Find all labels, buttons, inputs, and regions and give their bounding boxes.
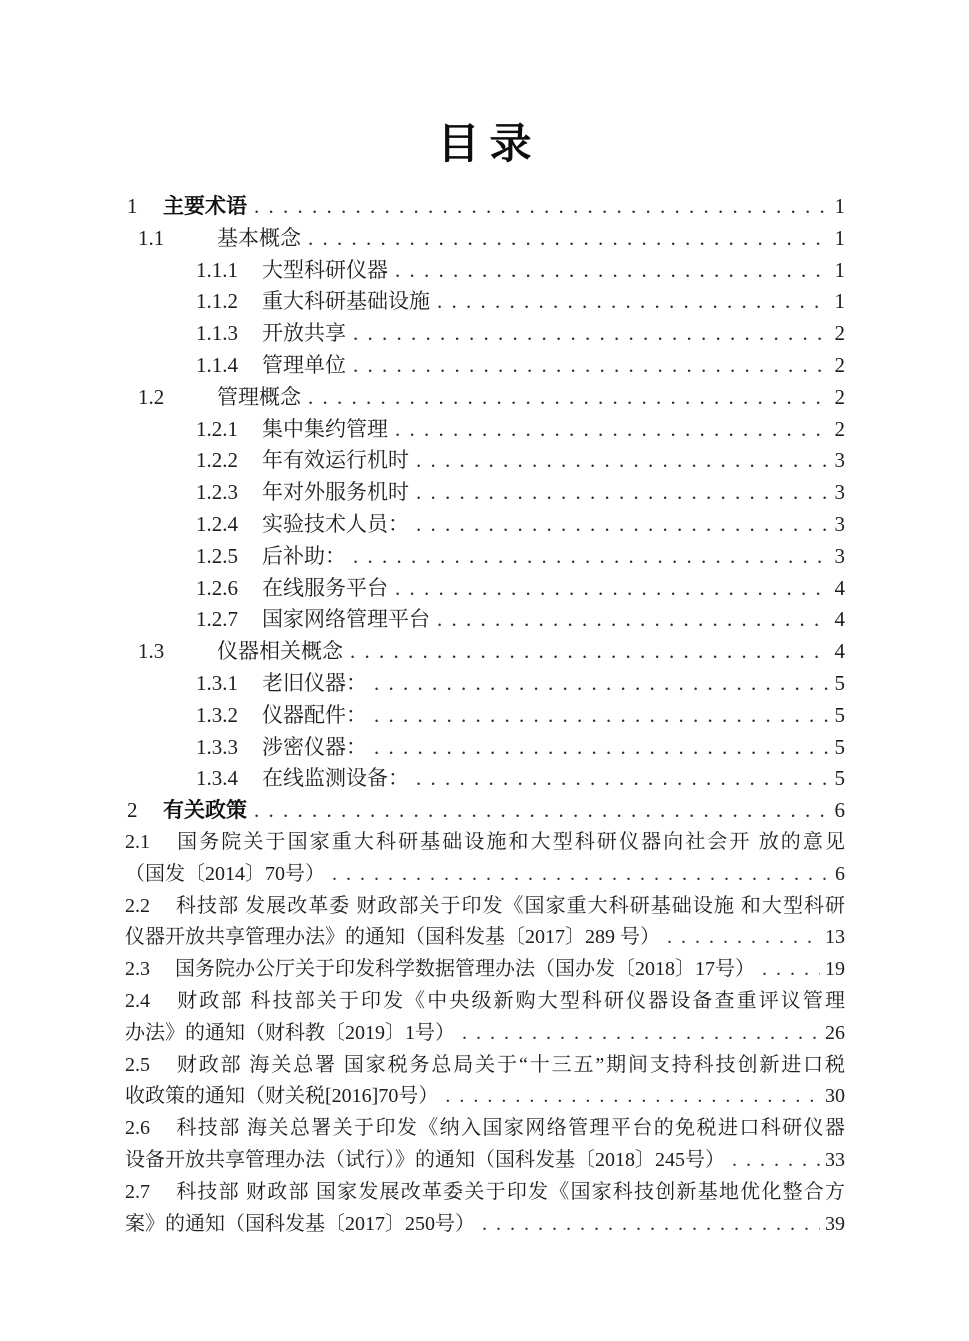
page-number: 2: [833, 318, 845, 350]
toc-entry-1.3[interactable]: 1.3仪器相关概念4: [138, 636, 845, 668]
entry-number: 2.3: [125, 954, 175, 986]
dot-leader: [308, 382, 828, 414]
entry-title: 财政部 科技部关于印发《中央级新购大型科研仪器设备查重评议管理: [175, 990, 845, 1012]
page-number: 4: [833, 573, 845, 605]
page-number: 1: [833, 223, 845, 255]
entry-number: 1.2.7: [196, 604, 262, 636]
page-number: 1: [833, 255, 845, 287]
entry-number: 1.2.1: [196, 414, 262, 446]
entry-number: 2.6: [125, 1113, 175, 1145]
entry-number: 1.3.1: [196, 668, 262, 700]
toc-entry-1.1.1[interactable]: 1.1.1大型科研仪器1: [196, 255, 845, 287]
entry-title: 开放共享: [262, 318, 346, 350]
dot-leader: [437, 604, 828, 636]
entry-title: 涉密仪器：: [262, 732, 367, 764]
entry-title: 仪器相关概念: [217, 636, 343, 668]
entry-number: 2.4: [125, 986, 175, 1018]
toc-entry-1.2.6[interactable]: 1.2.6在线服务平台4: [196, 573, 845, 605]
toc-entry-2.5[interactable]: 2.5财政部 海关总署 国家税务总局关于“十三五”期间支持科技创新进口税: [125, 1050, 845, 1082]
dot-leader: [395, 255, 828, 287]
entry-number: 1.1.4: [196, 350, 262, 382]
dot-leader: [667, 922, 820, 954]
dot-leader: [350, 636, 828, 668]
dot-leader: [416, 445, 828, 477]
dot-leader: [482, 1209, 820, 1241]
page-number: 3: [833, 509, 845, 541]
page-number: 5: [833, 763, 845, 795]
page-number: 4: [833, 636, 845, 668]
entry-title: 有关政策: [163, 795, 247, 827]
entry-title: 仪器开放共享管理办法》的通知（国科发基〔2017〕289 号）: [125, 922, 660, 954]
dot-leader: [416, 763, 828, 795]
page-number: 6: [833, 859, 845, 891]
page-number: 2: [833, 414, 845, 446]
entry-title: 年有效运行机时: [262, 445, 409, 477]
entry-number: 2.7: [125, 1177, 175, 1209]
toc-entry-2.4-cont[interactable]: 办法》的通知（财科教〔2019〕1号）26: [125, 1018, 845, 1050]
page-number: 3: [833, 541, 845, 573]
toc-entry-1.1.2[interactable]: 1.1.2重大科研基础设施1: [196, 286, 845, 318]
toc-entry-1.1[interactable]: 1.1基本概念1: [138, 223, 845, 255]
dot-leader: [353, 350, 828, 382]
page-number: 39: [825, 1209, 845, 1241]
entry-title: 集中集约管理: [262, 414, 388, 446]
page-number: 2: [833, 382, 845, 414]
entry-title: 收政策的通知（财关税[2016]70号）: [125, 1081, 438, 1113]
dot-leader: [416, 477, 828, 509]
doc-title: 目录: [0, 118, 969, 170]
entry-title: （国发〔2014〕70号）: [125, 859, 325, 891]
entry-title: 科技部 海关总署关于印发《纳入国家网络管理平台的免税进口科研仪器: [175, 1117, 845, 1139]
page-number: 19: [825, 954, 845, 986]
toc-entry-2.4[interactable]: 2.4财政部 科技部关于印发《中央级新购大型科研仪器设备查重评议管理: [125, 986, 845, 1018]
toc-entry-2.7-cont[interactable]: 案》的通知（国科发基〔2017〕250号）39: [125, 1209, 845, 1241]
entry-title: 实验技术人员：: [262, 509, 409, 541]
entry-number: 2.1: [125, 827, 175, 859]
dot-leader: [374, 732, 828, 764]
toc-entry-2.1[interactable]: 2.1国务院关于国家重大科研基础设施和大型科研仪器向社会开 放的意见: [125, 827, 845, 859]
toc-entry-1.2.1[interactable]: 1.2.1集中集约管理2: [196, 414, 845, 446]
entry-number: 1.2.6: [196, 573, 262, 605]
dot-leader: [374, 700, 828, 732]
toc-entry-1.1.4[interactable]: 1.1.4管理单位2: [196, 350, 845, 382]
dot-leader: [353, 318, 828, 350]
page-number: 5: [833, 700, 845, 732]
dot-leader: [395, 414, 828, 446]
entry-number: 1: [127, 191, 163, 223]
toc-entry-1.2[interactable]: 1.2管理概念2: [138, 382, 845, 414]
toc-entry-1.1.3[interactable]: 1.1.3开放共享2: [196, 318, 845, 350]
page-number: 3: [833, 477, 845, 509]
toc-entry-2.1-cont[interactable]: （国发〔2014〕70号）6: [125, 859, 845, 891]
entry-title: 国家网络管理平台: [262, 604, 430, 636]
entry-title: 年对外服务机时: [262, 477, 409, 509]
entry-title: 办法》的通知（财科教〔2019〕1号）: [125, 1018, 455, 1050]
toc-entry-1.3.4[interactable]: 1.3.4在线监测设备：5: [196, 763, 845, 795]
toc-entry-2[interactable]: 2有关政策6: [127, 795, 845, 827]
entry-title: 在线服务平台: [262, 573, 388, 605]
page-number: 5: [833, 668, 845, 700]
toc-entry-2.3[interactable]: 2.3国务院办公厅关于印发科学数据管理办法（国办发〔2018〕17号）19: [125, 954, 845, 986]
page-number: 1: [833, 191, 845, 223]
page-number: 6: [833, 795, 845, 827]
toc-entry-1.2.5[interactable]: 1.2.5后补助：3: [196, 541, 845, 573]
toc-entry-1.3.2[interactable]: 1.3.2仪器配件：5: [196, 700, 845, 732]
entry-title: 管理单位: [262, 350, 346, 382]
entry-title: 财政部 海关总署 国家税务总局关于“十三五”期间支持科技创新进口税: [175, 1054, 845, 1076]
entry-number: 1.2.5: [196, 541, 262, 573]
entry-title: 设备开放共享管理办法（试行）》的通知（国科发基〔2018〕245号）: [125, 1145, 725, 1177]
entry-number: 1.3.4: [196, 763, 262, 795]
entry-title: 在线监测设备：: [262, 763, 409, 795]
toc-entry-2.5-cont[interactable]: 收政策的通知（财关税[2016]70号）30: [125, 1081, 845, 1113]
dot-leader: [395, 573, 828, 605]
entry-number: 2: [127, 795, 163, 827]
entry-number: 1.1.1: [196, 255, 262, 287]
toc-entry-1.2.4[interactable]: 1.2.4实验技术人员：3: [196, 509, 845, 541]
entry-number: 1.2.3: [196, 477, 262, 509]
entry-number: 1.3: [138, 636, 217, 668]
dot-leader: [462, 1018, 820, 1050]
toc-entry-2.7[interactable]: 2.7科技部 财政部 国家发展改革委关于印发《国家科技创新基地优化整合方: [125, 1177, 845, 1209]
entry-title: 老旧仪器：: [262, 668, 367, 700]
entry-title: 国务院关于国家重大科研基础设施和大型科研仪器向社会开 放的意见: [175, 831, 845, 853]
entry-title: 主要术语: [163, 191, 247, 223]
entry-number: 2.2: [125, 891, 175, 923]
entry-title: 基本概念: [217, 223, 301, 255]
entry-number: 1.1: [138, 223, 217, 255]
entry-title: 重大科研基础设施: [262, 286, 430, 318]
page-number: 13: [825, 922, 845, 954]
dot-leader: [353, 541, 828, 573]
page-number: 4: [833, 604, 845, 636]
entry-number: 1.3.3: [196, 732, 262, 764]
toc-entry-2.2[interactable]: 2.2科技部 发展改革委 财政部关于印发《国家重大科研基础设施 和大型科研: [125, 891, 845, 923]
page-number: 33: [825, 1145, 845, 1177]
toc-entry-1.2.3[interactable]: 1.2.3年对外服务机时3: [196, 477, 845, 509]
entry-number: 1.2: [138, 382, 217, 414]
dot-leader: [732, 1145, 820, 1177]
page-number: 1: [833, 286, 845, 318]
entry-title: 后补助：: [262, 541, 346, 573]
dot-leader: [254, 795, 828, 827]
document-page: 目录 1主要术语11.1基本概念11.1.1大型科研仪器11.1.2重大科研基础…: [0, 0, 969, 1341]
entry-number: 1.1.2: [196, 286, 262, 318]
dot-leader: [308, 223, 828, 255]
toc-entry-2.6[interactable]: 2.6科技部 海关总署关于印发《纳入国家网络管理平台的免税进口科研仪器: [125, 1113, 845, 1145]
entry-number: 1.2.2: [196, 445, 262, 477]
entry-title: 科技部 财政部 国家发展改革委关于印发《国家科技创新基地优化整合方: [175, 1181, 845, 1203]
dot-leader: [416, 509, 828, 541]
toc: 1主要术语11.1基本概念11.1.1大型科研仪器11.1.2重大科研基础设施1…: [0, 191, 969, 1240]
page-number: 2: [833, 350, 845, 382]
toc-entry-2.2-cont[interactable]: 仪器开放共享管理办法》的通知（国科发基〔2017〕289 号）13: [125, 922, 845, 954]
entry-title: 国务院办公厅关于印发科学数据管理办法（国办发〔2018〕17号）: [175, 954, 755, 986]
dot-leader: [437, 286, 828, 318]
entry-title: 大型科研仪器: [262, 255, 388, 287]
toc-entry-1.3.3[interactable]: 1.3.3涉密仪器：5: [196, 732, 845, 764]
dot-leader: [374, 668, 828, 700]
dot-leader: [762, 954, 820, 986]
entry-title: 管理概念: [217, 382, 301, 414]
page-number: 3: [833, 445, 845, 477]
entry-title: 科技部 发展改革委 财政部关于印发《国家重大科研基础设施 和大型科研: [175, 895, 845, 917]
entry-number: 2.5: [125, 1050, 175, 1082]
toc-entry-2.6-cont[interactable]: 设备开放共享管理办法（试行）》的通知（国科发基〔2018〕245号）33: [125, 1145, 845, 1177]
page-number: 30: [825, 1081, 845, 1113]
dot-leader: [254, 191, 828, 223]
dot-leader: [445, 1081, 820, 1113]
dot-leader: [332, 859, 828, 891]
entry-number: 1.3.2: [196, 700, 262, 732]
page-number: 26: [825, 1018, 845, 1050]
entry-number: 1.1.3: [196, 318, 262, 350]
toc-entry-1.2.7[interactable]: 1.2.7国家网络管理平台4: [196, 604, 845, 636]
entry-number: 1.2.4: [196, 509, 262, 541]
toc-entry-1.3.1[interactable]: 1.3.1老旧仪器：5: [196, 668, 845, 700]
page-number: 5: [833, 732, 845, 764]
toc-entry-1[interactable]: 1主要术语1: [127, 191, 845, 223]
entry-title: 案》的通知（国科发基〔2017〕250号）: [125, 1209, 475, 1241]
toc-entry-1.2.2[interactable]: 1.2.2年有效运行机时3: [196, 445, 845, 477]
entry-title: 仪器配件：: [262, 700, 367, 732]
